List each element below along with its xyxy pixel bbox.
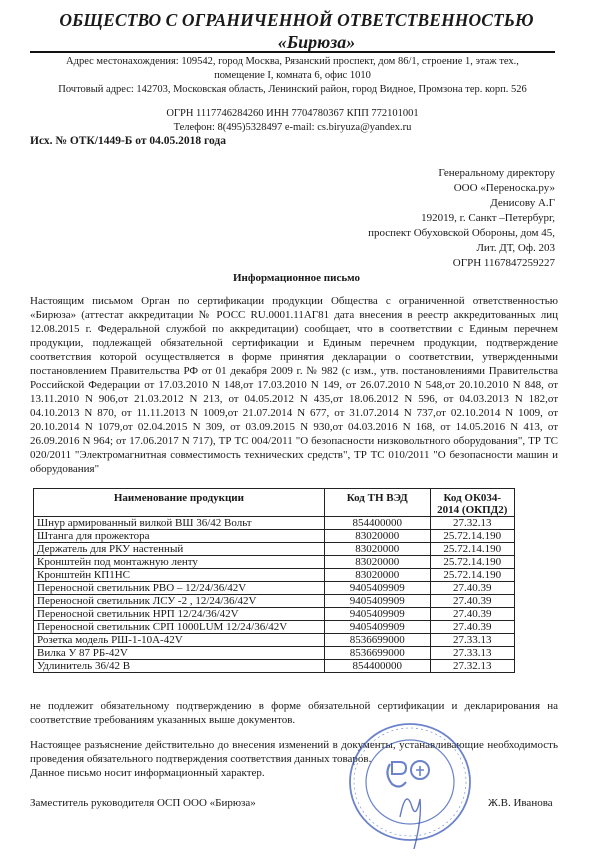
okpd2-code: 25.72.14.190 — [430, 530, 514, 543]
recipient-line: проспект Обуховской Обороны, дом 45, — [368, 226, 555, 241]
product-name: Розетка модель РШ-1-10А-42V — [34, 634, 325, 647]
okpd2-code: 27.40.39 — [430, 595, 514, 608]
okpd2-code: 27.40.39 — [430, 582, 514, 595]
table-row: Кронштейн под монтажную ленту8302000025.… — [34, 556, 515, 569]
table-row: Кронштейн КП1НС8302000025.72.14.190 — [34, 569, 515, 582]
requisites: ОГРН 1117746284260 ИНН 7704780367 КПП 77… — [30, 107, 555, 121]
products-table: Наименование продукции Код ТН ВЭД Код ОК… — [33, 488, 515, 673]
header-divider — [30, 51, 555, 53]
product-name: Удлинитель 36/42 В — [34, 660, 325, 673]
recipient-line: ОГРН 1167847259227 — [368, 256, 555, 271]
recipient-line: Генеральному директору — [368, 166, 555, 181]
okpd2-code: 27.33.13 — [430, 634, 514, 647]
table-row: Штанга для прожектора8302000025.72.14.19… — [34, 530, 515, 543]
tn-ved-code: 8536699000 — [324, 647, 430, 660]
table-row: Вилка У 87 РБ-42V853669900027.33.13 — [34, 647, 515, 660]
table-row: Держатель для РКУ настенный8302000025.72… — [34, 543, 515, 556]
product-name: Кронштейн под монтажную ленту — [34, 556, 325, 569]
table-row: Переносной светильник РВО – 12/24/36/42V… — [34, 582, 515, 595]
table-row: Переносной светильник НРП 12/24/36/42V94… — [34, 608, 515, 621]
table-row: Розетка модель РШ-1-10А-42V853669900027.… — [34, 634, 515, 647]
company-stamp-icon — [340, 722, 480, 856]
product-name: Держатель для РКУ настенный — [34, 543, 325, 556]
tn-ved-code: 854400000 — [324, 517, 430, 530]
requisites-block: ОГРН 1117746284260 ИНН 7704780367 КПП 77… — [30, 107, 555, 135]
product-name: Переносной светильник ЛСУ -2 , 12/24/36/… — [34, 595, 325, 608]
intro-paragraph: Настоящим письмом Орган по сертификации … — [30, 294, 558, 476]
okpd2-code: 25.72.14.190 — [430, 543, 514, 556]
okpd2-code: 25.72.14.190 — [430, 556, 514, 569]
product-name: Переносной светильник СРП 1000LUM 12/24/… — [34, 621, 325, 634]
header-okpd2: Код ОК034-2014 (ОКПД2) — [430, 489, 514, 517]
product-name: Переносной светильник НРП 12/24/36/42V — [34, 608, 325, 621]
table-header-row: Наименование продукции Код ТН ВЭД Код ОК… — [34, 489, 515, 517]
tn-ved-code: 8536699000 — [324, 634, 430, 647]
table-row: Удлинитель 36/42 В85440000027.32.13 — [34, 660, 515, 673]
letter-title: Информационное письмо — [0, 272, 593, 284]
okpd2-code: 27.33.13 — [430, 647, 514, 660]
product-name: Шнур армированный вилкой ВШ 36/42 Вольт — [34, 517, 325, 530]
tn-ved-code: 83020000 — [324, 530, 430, 543]
tn-ved-code: 9405409909 — [324, 582, 430, 595]
org-name-heading: «Бирюза» — [0, 32, 593, 53]
product-name: Кронштейн КП1НС — [34, 569, 325, 582]
product-name: Переносной светильник РВО – 12/24/36/42V — [34, 582, 325, 595]
contacts: Телефон: 8(495)5328497 e-mail: cs.biryuz… — [30, 121, 555, 135]
signer-name: Ж.В. Иванова — [488, 797, 553, 809]
org-type-heading: ОБЩЕСТВО С ОГРАНИЧЕННОЙ ОТВЕТСТВЕННОСТЬЮ — [0, 10, 593, 31]
recipient-line: ООО «Переноска.ру» — [368, 181, 555, 196]
product-name: Штанга для прожектора — [34, 530, 325, 543]
okpd2-code: 25.72.14.190 — [430, 569, 514, 582]
tn-ved-code: 9405409909 — [324, 621, 430, 634]
outgoing-number: Исх. № ОТК/1449-Б от 04.05.2018 года — [30, 135, 226, 147]
address-line-1: Адрес местонахождения: 109542, город Мос… — [30, 55, 555, 69]
tn-ved-code: 83020000 — [324, 569, 430, 582]
table-row: Переносной светильник ЛСУ -2 , 12/24/36/… — [34, 595, 515, 608]
tn-ved-code: 83020000 — [324, 556, 430, 569]
tn-ved-code: 83020000 — [324, 543, 430, 556]
table-row: Шнур армированный вилкой ВШ 36/42 Вольт8… — [34, 517, 515, 530]
okpd2-code: 27.40.39 — [430, 621, 514, 634]
postal-address: Почтовый адрес: 142703, Московская облас… — [30, 83, 555, 97]
okpd2-code: 27.32.13 — [430, 660, 514, 673]
header-tn-ved: Код ТН ВЭД — [324, 489, 430, 517]
recipient-line: Денисову А.Г — [368, 196, 555, 211]
address-block: Адрес местонахождения: 109542, город Мос… — [30, 55, 555, 97]
product-name: Вилка У 87 РБ-42V — [34, 647, 325, 660]
recipient-block: Генеральному директору ООО «Переноска.ру… — [368, 166, 555, 271]
recipient-line: 192019, г. Санкт –Петербург, — [368, 211, 555, 226]
tn-ved-code: 9405409909 — [324, 595, 430, 608]
header-product-name: Наименование продукции — [34, 489, 325, 517]
okpd2-code: 27.40.39 — [430, 608, 514, 621]
tn-ved-code: 854400000 — [324, 660, 430, 673]
table-row: Переносной светильник СРП 1000LUM 12/24/… — [34, 621, 515, 634]
signer-role: Заместитель руководителя ОСП ООО «Бирюза… — [30, 797, 256, 809]
recipient-line: Лит. ДТ, Оф. 203 — [368, 241, 555, 256]
okpd2-code: 27.32.13 — [430, 517, 514, 530]
tn-ved-code: 9405409909 — [324, 608, 430, 621]
address-line-2: помещение I, комната 6, офис 1010 — [30, 69, 555, 83]
